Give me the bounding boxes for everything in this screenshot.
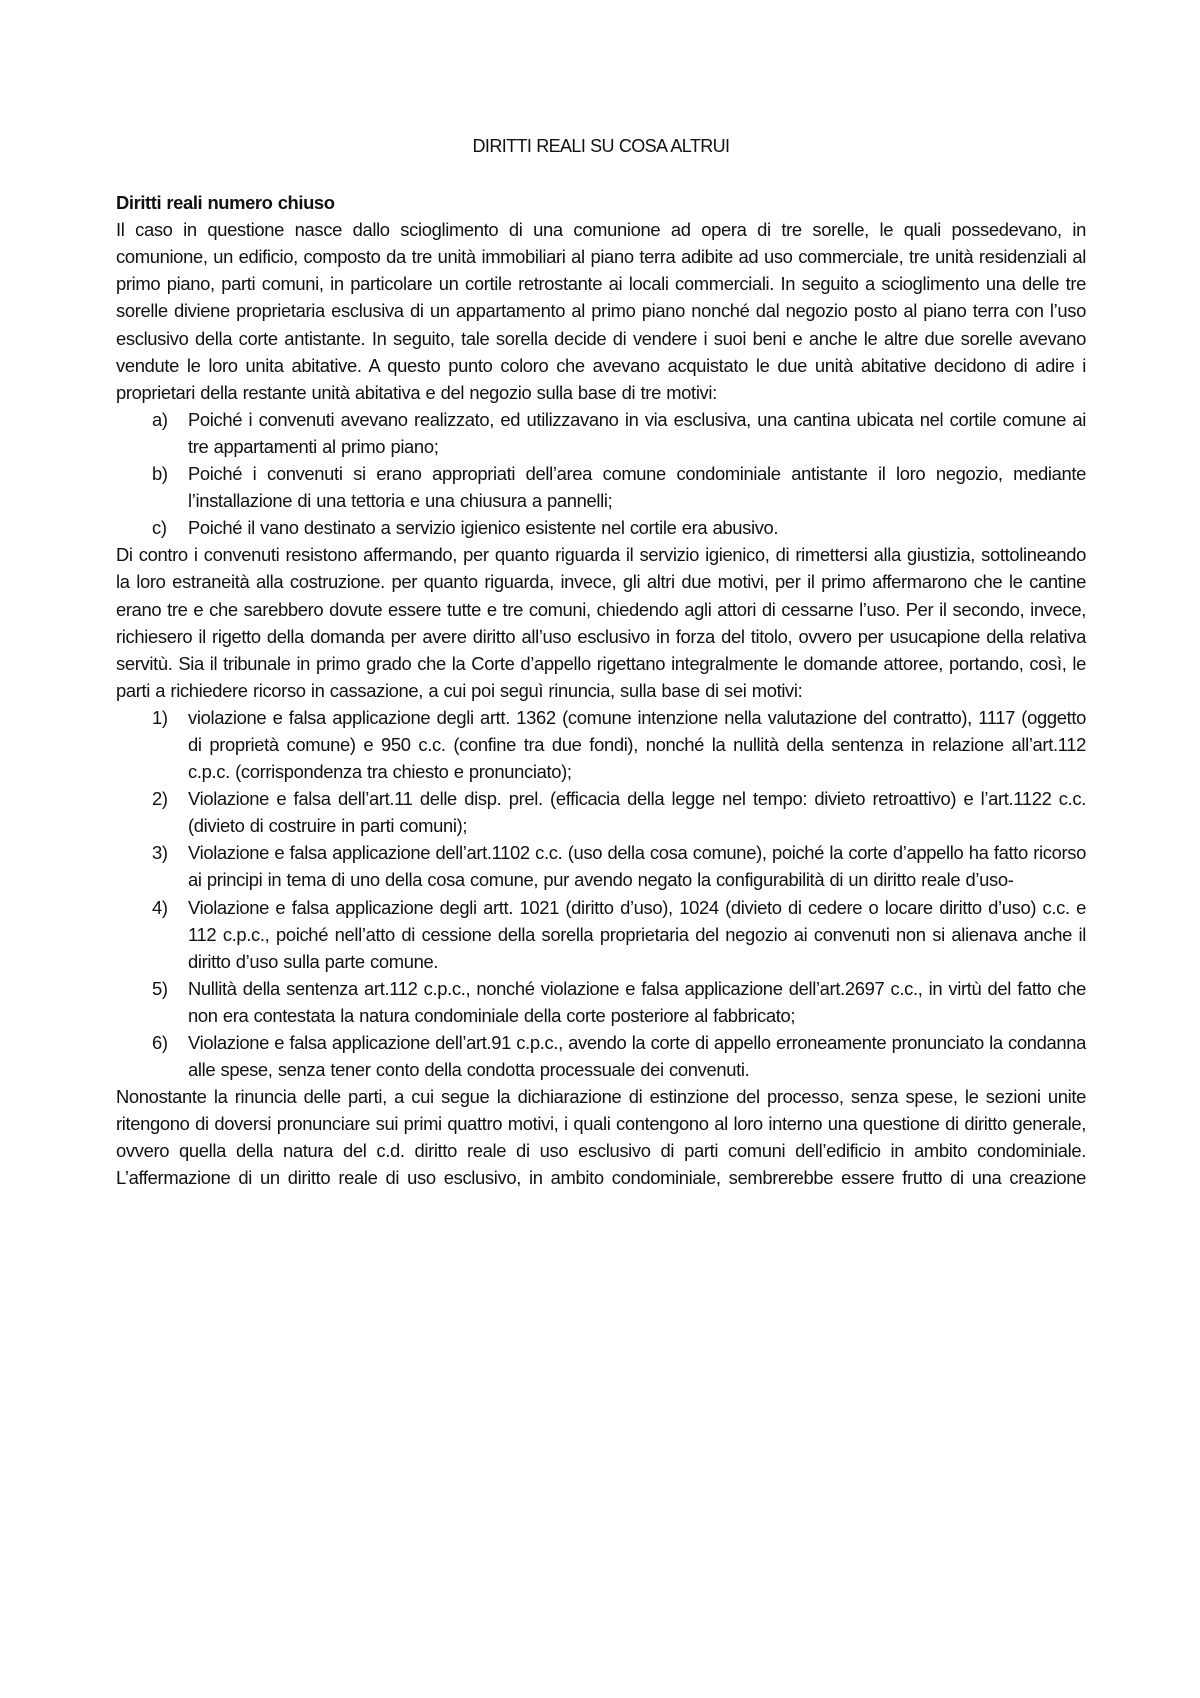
list-marker: 4) <box>152 894 168 921</box>
paragraph-defense: Di contro i convenuti resistono afferman… <box>116 541 1086 704</box>
claims-list: a)Poiché i convenuti avevano realizzato,… <box>116 406 1086 541</box>
appeal-grounds-list: 1)violazione e falsa applicazione degli … <box>116 704 1086 1083</box>
list-item-text: violazione e falsa applicazione degli ar… <box>188 707 1086 782</box>
list-item: 4)Violazione e falsa applicazione degli … <box>116 894 1086 975</box>
list-item-text: Nullità della sentenza art.112 c.p.c., n… <box>188 978 1086 1026</box>
list-marker: 3) <box>152 839 168 866</box>
list-item: b)Poiché i convenuti si erano appropriat… <box>116 460 1086 514</box>
list-marker: a) <box>152 406 168 433</box>
list-item: 5)Nullità della sentenza art.112 c.p.c.,… <box>116 975 1086 1029</box>
list-item-text: Poiché i convenuti avevano realizzato, e… <box>188 409 1086 457</box>
list-marker: 2) <box>152 785 168 812</box>
list-item: 3)Violazione e falsa applicazione dell’a… <box>116 839 1086 893</box>
list-item-text: Violazione e falsa dell’art.11 delle dis… <box>188 788 1086 836</box>
list-item-text: Poiché i convenuti si erano appropriati … <box>188 463 1086 511</box>
list-item-text: Violazione e falsa applicazione dell’art… <box>188 1032 1086 1080</box>
list-item: c)Poiché il vano destinato a servizio ig… <box>116 514 1086 541</box>
list-marker: c) <box>152 514 167 541</box>
document-title: DIRITTI REALI SU COSA ALTRUI <box>116 133 1086 160</box>
list-item-text: Violazione e falsa applicazione degli ar… <box>188 897 1086 972</box>
list-marker: b) <box>152 460 168 487</box>
list-item-text: Poiché il vano destinato a servizio igie… <box>188 517 778 538</box>
list-marker: 5) <box>152 975 168 1002</box>
paragraph-case-facts: Il caso in questione nasce dallo sciogli… <box>116 216 1086 406</box>
list-item: a)Poiché i convenuti avevano realizzato,… <box>116 406 1086 460</box>
section-heading: Diritti reali numero chiuso <box>116 189 1086 216</box>
list-item: 2)Violazione e falsa dell’art.11 delle d… <box>116 785 1086 839</box>
list-item: 1)violazione e falsa applicazione degli … <box>116 704 1086 785</box>
paragraph-united-sections: Nonostante la rinuncia delle parti, a cu… <box>116 1083 1086 1191</box>
list-item-text: Violazione e falsa applicazione dell’art… <box>188 842 1086 890</box>
list-marker: 6) <box>152 1029 168 1056</box>
document-page: DIRITTI REALI SU COSA ALTRUI Diritti rea… <box>116 133 1086 1192</box>
list-item: 6)Violazione e falsa applicazione dell’a… <box>116 1029 1086 1083</box>
list-marker: 1) <box>152 704 168 731</box>
